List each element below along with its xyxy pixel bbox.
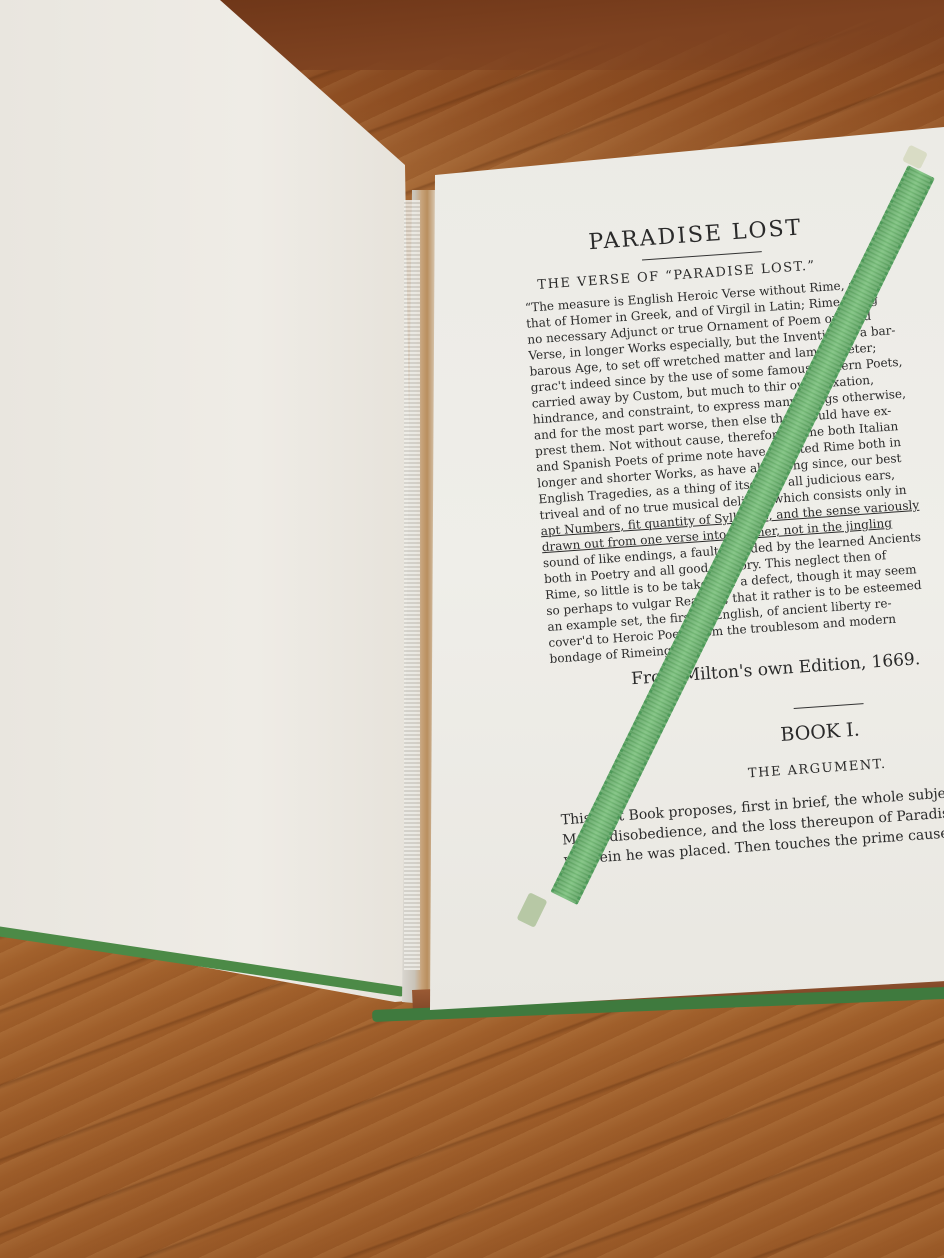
section-rule bbox=[794, 703, 864, 709]
verse-paragraph: “The measure is English Heroic Verse wit… bbox=[525, 268, 944, 667]
binding-mesh bbox=[404, 200, 420, 970]
book-heading: BOOK I. bbox=[780, 708, 944, 746]
title-rule bbox=[642, 251, 762, 260]
argument-heading: THE ARGUMENT. bbox=[748, 748, 944, 782]
left-blank-page bbox=[0, 0, 420, 1010]
photo-scene: PARADISE LOST THE VERSE OF “PARADISE LOS… bbox=[0, 0, 944, 1258]
